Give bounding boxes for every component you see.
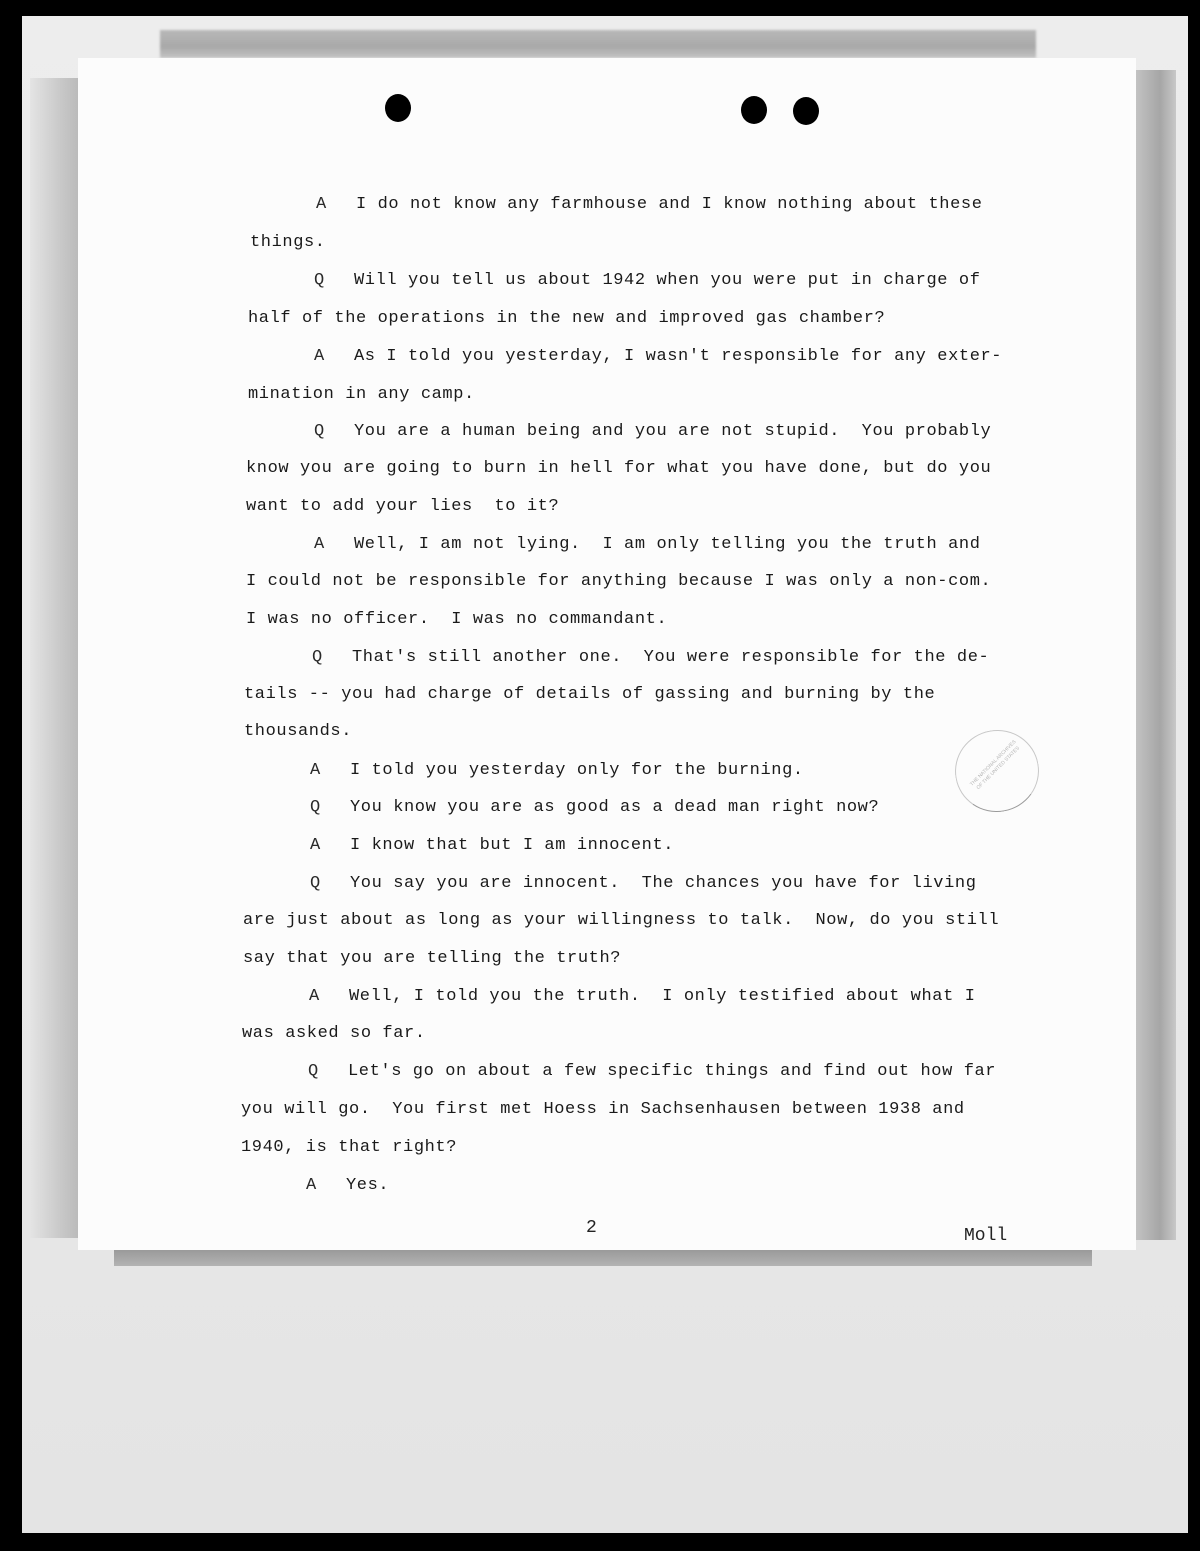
page-shadow-left [30,78,80,1238]
line-text: know you are going to burn in hell for w… [246,459,991,478]
transcript-line: you will go. You first met Hoess in Sach… [241,1100,965,1119]
answer-marker: A [314,347,354,366]
transcript-line: I could not be responsible for anything … [246,572,991,591]
transcript-line: AI told you yesterday only for the burni… [310,761,804,780]
line-text: tails -- you had charge of details of ga… [244,685,935,704]
punch-hole-icon [385,94,411,122]
footer-name: Moll [964,1226,1007,1246]
transcript-line: say that you are telling the truth? [243,949,621,968]
line-text: say that you are telling the truth? [243,949,621,968]
transcript-line: 1940, is that right? [241,1138,457,1157]
answer-marker: A [309,987,349,1006]
line-text: I told you yesterday only for the burnin… [350,761,804,780]
answer-marker: A [316,195,356,214]
line-text: Well, I am not lying. I am only telling … [354,535,981,554]
line-text: That's still another one. You were respo… [352,648,989,667]
transcript-line: I was no officer. I was no commandant. [246,610,667,629]
page-shadow-right [1136,70,1176,1240]
transcript-line: QYou know you are as good as a dead man … [310,798,879,817]
transcript-line: AWell, I told you the truth. I only test… [309,987,976,1006]
transcript-line: things. [250,233,326,252]
line-text: 1940, is that right? [241,1138,457,1157]
punch-hole-icon [793,97,819,125]
page-number: 2 [586,1218,597,1238]
transcript-line: want to add your lies to it? [246,497,559,516]
transcript-line: QYou are a human being and you are not s… [314,422,991,441]
line-text: Well, I told you the truth. I only testi… [349,987,976,1006]
line-text: I could not be responsible for anything … [246,572,991,591]
answer-marker: A [306,1176,346,1195]
transcript-line: was asked so far. [242,1024,426,1043]
transcript-line: AYes. [306,1176,389,1195]
question-marker: Q [310,874,350,893]
question-marker: Q [312,648,352,667]
line-text: You know you are as good as a dead man r… [350,798,879,817]
line-text: I do not know any farmhouse and I know n… [356,195,983,214]
transcript-line: half of the operations in the new and im… [248,309,885,328]
transcript-line: QLet's go on about a few specific things… [308,1062,996,1081]
transcript-line: thousands. [244,722,352,741]
question-marker: Q [308,1062,348,1081]
question-marker: Q [314,422,354,441]
line-text: Will you tell us about 1942 when you wer… [354,271,981,290]
transcript-line: AAs I told you yesterday, I wasn't respo… [314,347,1002,366]
line-text: half of the operations in the new and im… [248,309,885,328]
punch-hole-icon [741,96,767,124]
page-shadow-top [160,30,1036,58]
line-text: things. [250,233,326,252]
line-text: As I told you yesterday, I wasn't respon… [354,347,1002,366]
transcript-line: AI do not know any farmhouse and I know … [316,195,983,214]
line-text: I was no officer. I was no commandant. [246,610,667,629]
answer-marker: A [310,761,350,780]
answer-marker: A [314,535,354,554]
line-text: want to add your lies to it? [246,497,559,516]
line-text: You are a human being and you are not st… [354,422,991,441]
answer-marker: A [310,836,350,855]
transcript-line: know you are going to burn in hell for w… [246,459,991,478]
transcript-line: AWell, I am not lying. I am only telling… [314,535,981,554]
transcript-line: mination in any camp. [248,385,475,404]
line-text: you will go. You first met Hoess in Sach… [241,1100,965,1119]
question-marker: Q [314,271,354,290]
transcript-line: are just about as long as your willingne… [243,911,999,930]
transcript-line: tails -- you had charge of details of ga… [244,685,935,704]
transcript-line: QThat's still another one. You were resp… [312,648,989,667]
page-shadow-bottom [114,1250,1092,1266]
line-text: are just about as long as your willingne… [243,911,999,930]
line-text: Yes. [346,1176,389,1195]
line-text: You say you are innocent. The chances yo… [350,874,977,893]
line-text: mination in any camp. [248,385,475,404]
line-text: Let's go on about a few specific things … [348,1062,996,1081]
question-marker: Q [310,798,350,817]
line-text: was asked so far. [242,1024,426,1043]
line-text: I know that but I am innocent. [350,836,674,855]
transcript-line: QWill you tell us about 1942 when you we… [314,271,981,290]
transcript-line: QYou say you are innocent. The chances y… [310,874,977,893]
transcript-line: AI know that but I am innocent. [310,836,674,855]
stamp-text: THE NATIONAL ARCHIVES OF THE UNITED STAT… [966,736,1025,795]
line-text: thousands. [244,722,352,741]
